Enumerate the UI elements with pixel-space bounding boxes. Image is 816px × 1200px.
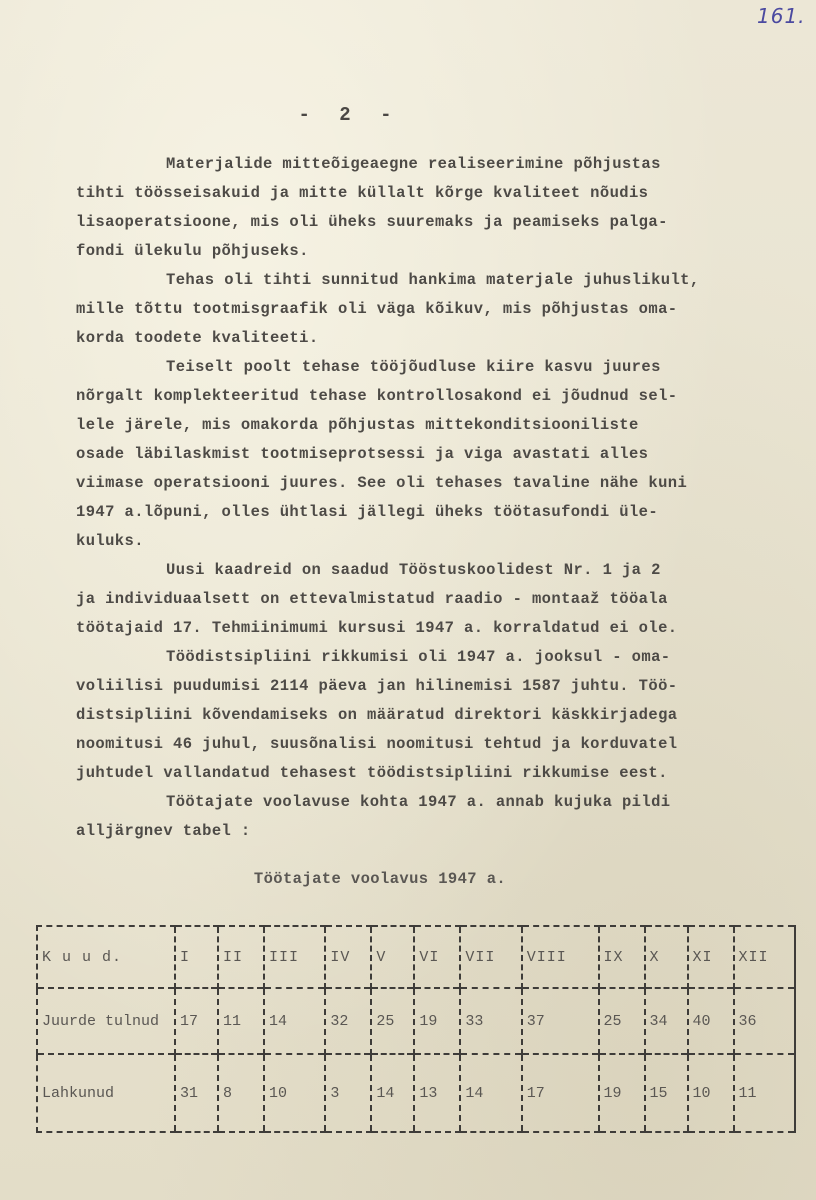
table-cell: 11 — [734, 1054, 795, 1132]
table-cell: 14 — [371, 1054, 414, 1132]
table-cell: 8 — [218, 1054, 264, 1132]
text-line: kuluks. — [76, 527, 796, 556]
table-cell: 32 — [325, 988, 371, 1054]
table-cell: 10 — [264, 1054, 325, 1132]
table-cell: 40 — [688, 988, 734, 1054]
row-label: Lahkunud — [37, 1054, 175, 1132]
table-cell: 31 — [175, 1054, 218, 1132]
table-cell: 14 — [264, 988, 325, 1054]
document-page: 161. - 2 - Materjalide mitteõigeaegne re… — [0, 0, 816, 1200]
text-line: Uusi kaadreid on saadud Tööstuskoolidest… — [76, 556, 796, 585]
table-cell: 25 — [371, 988, 414, 1054]
page-number: - 2 - — [290, 104, 400, 126]
table-cell: 17 — [522, 1054, 599, 1132]
text-line: Teiselt poolt tehase tööjõudluse kiire k… — [76, 353, 796, 382]
text-line: Tehas oli tihti sunnitud hankima materja… — [76, 266, 796, 295]
month-header: IX — [599, 926, 645, 988]
text-line: Töötajate voolavuse kohta 1947 a. annab … — [76, 788, 796, 817]
table-cell: 25 — [599, 988, 645, 1054]
month-header: VI — [414, 926, 460, 988]
table-row: Lahkunud3181031413141719151011 — [37, 1054, 795, 1132]
month-header: VIII — [522, 926, 599, 988]
text-line: osade läbilaskmist tootmiseprotsessi ja … — [76, 440, 796, 469]
table-cell: 3 — [325, 1054, 371, 1132]
table-cell: 13 — [414, 1054, 460, 1132]
text-line: juhtudel vallandatud tehasest töödistsip… — [76, 759, 796, 788]
body-text: Materjalide mitteõigeaegne realiseerimin… — [76, 150, 796, 846]
month-header: I — [175, 926, 218, 988]
row-label: Juurde tulnud — [37, 988, 175, 1054]
table-title: Töötajate voolavus 1947 a. — [0, 870, 760, 888]
month-header: VII — [460, 926, 521, 988]
text-line: mille tõttu tootmisgraafik oli väga kõik… — [76, 295, 796, 324]
month-header: XII — [734, 926, 795, 988]
paragraph: Uusi kaadreid on saadud Tööstuskoolidest… — [76, 556, 796, 643]
month-header: III — [264, 926, 325, 988]
text-line: noomitusi 46 juhul, suusõnalisi noomitus… — [76, 730, 796, 759]
paragraph: Teiselt poolt tehase tööjõudluse kiire k… — [76, 353, 796, 556]
month-header: V — [371, 926, 414, 988]
text-line: nõrgalt komplekteeritud tehase kontrollo… — [76, 382, 796, 411]
paragraph: Materjalide mitteõigeaegne realiseerimin… — [76, 150, 796, 266]
table-cell: 19 — [599, 1054, 645, 1132]
table-header-row: K u u d.IIIIIIIVVVIVIIVIIIIXXXIXII — [37, 926, 795, 988]
text-line: töötajaid 17. Tehmiinimumi kursusi 1947 … — [76, 614, 796, 643]
text-line: korda toodete kvaliteeti. — [76, 324, 796, 353]
staff-turnover-table: K u u d.IIIIIIIVVVIVIIVIIIIXXXIXIIJuurde… — [36, 925, 796, 1133]
text-line: voliilisi puudumisi 2114 päeva jan hilin… — [76, 672, 796, 701]
text-line: Töödistsipliini rikkumisi oli 1947 a. jo… — [76, 643, 796, 672]
paragraph: Tehas oli tihti sunnitud hankima materja… — [76, 266, 796, 353]
table-cell: 17 — [175, 988, 218, 1054]
text-line: 1947 a.lõpuni, olles ühtlasi jällegi ühe… — [76, 498, 796, 527]
text-line: distsipliini kõvendamiseks on määratud d… — [76, 701, 796, 730]
paragraph: Töötajate voolavuse kohta 1947 a. annab … — [76, 788, 796, 846]
text-line: lele järele, mis omakorda põhjustas mitt… — [76, 411, 796, 440]
table-cell: 33 — [460, 988, 521, 1054]
table-row: Juurde tulnud171114322519333725344036 — [37, 988, 795, 1054]
table-cell: 19 — [414, 988, 460, 1054]
header-label: K u u d. — [37, 926, 175, 988]
month-header: XI — [688, 926, 734, 988]
month-header: IV — [325, 926, 371, 988]
month-header: II — [218, 926, 264, 988]
text-line: ja individuaalsett on ettevalmistatud ra… — [76, 585, 796, 614]
table-cell: 34 — [645, 988, 688, 1054]
month-header: X — [645, 926, 688, 988]
text-line: fondi ülekulu põhjuseks. — [76, 237, 796, 266]
text-line: viimase operatsiooni juures. See oli teh… — [76, 469, 796, 498]
table-cell: 11 — [218, 988, 264, 1054]
table-cell: 36 — [734, 988, 795, 1054]
table-cell: 37 — [522, 988, 599, 1054]
text-line: Materjalide mitteõigeaegne realiseerimin… — [76, 150, 796, 179]
text-line: alljärgnev tabel : — [76, 817, 796, 846]
table-cell: 15 — [645, 1054, 688, 1132]
archive-page-number: 161. — [757, 4, 806, 28]
text-line: lisaoperatsioone, mis oli üheks suuremak… — [76, 208, 796, 237]
paragraph: Töödistsipliini rikkumisi oli 1947 a. jo… — [76, 643, 796, 788]
table-cell: 10 — [688, 1054, 734, 1132]
table-cell: 14 — [460, 1054, 521, 1132]
text-line: tihti töösseisakuid ja mitte küllalt kõr… — [76, 179, 796, 208]
